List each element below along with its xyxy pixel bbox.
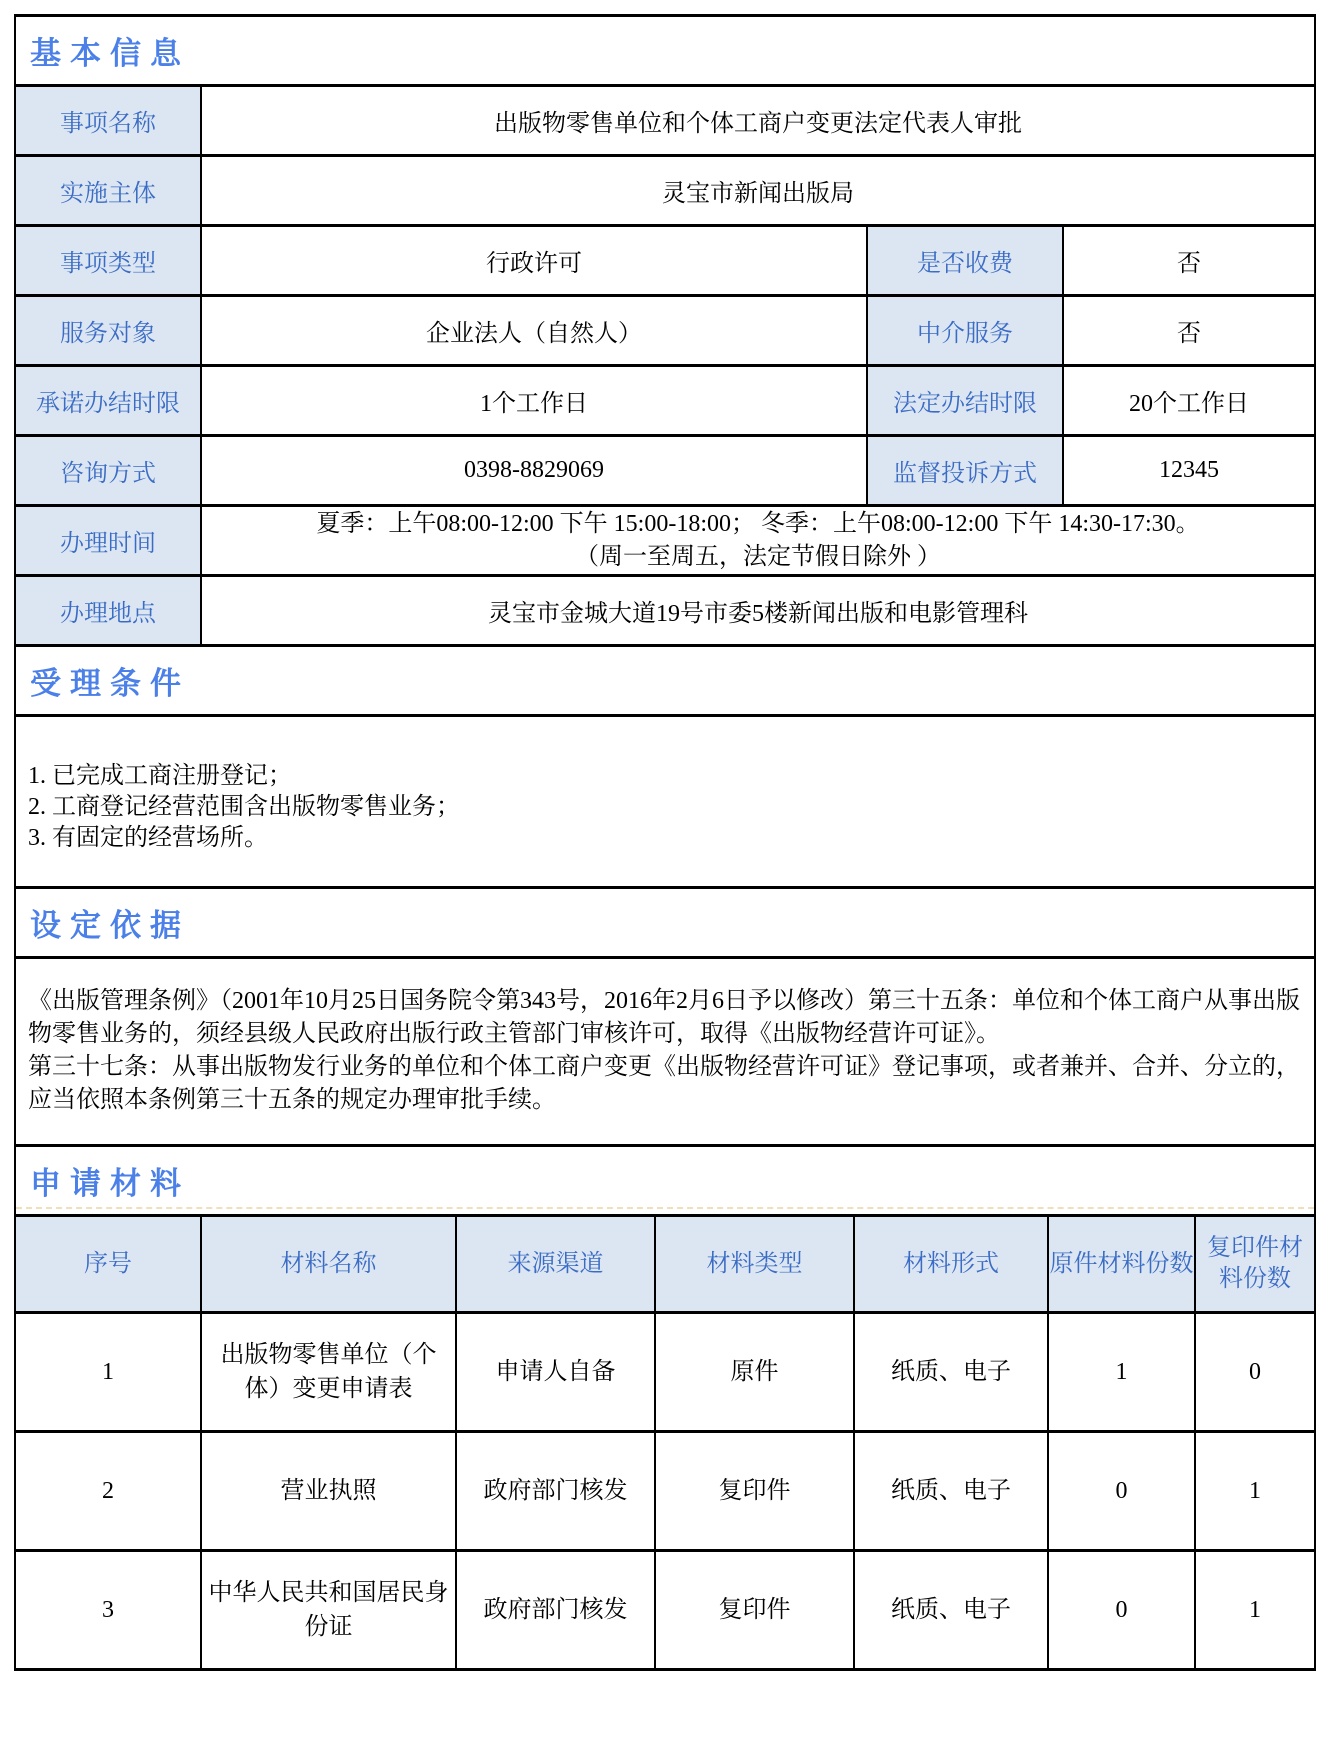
cell-material-type: 复印件 — [655, 1551, 854, 1670]
cell-material-form: 纸质、电子 — [854, 1313, 1048, 1432]
cell-original-copies: 0 — [1048, 1551, 1195, 1670]
column-header-photocopy-copies: 复印件材料份数 — [1195, 1216, 1315, 1313]
acceptance-conditions: 1. 已完成工商注册登记； 2. 工商登记经营范围含出版物零售业务； 3. 有固… — [15, 716, 1315, 888]
field-value-statutory-time: 20个工作日 — [1063, 366, 1315, 436]
basic-info-table: 基本信息 事项名称 出版物零售单位和个体工商户变更法定代表人审批 实施主体 灵宝… — [14, 14, 1316, 1217]
field-label-charge: 是否收费 — [867, 226, 1063, 296]
column-header-index: 序号 — [15, 1216, 201, 1313]
table-row: 咨询方式 0398-8829069 监督投诉方式 12345 — [15, 436, 1315, 506]
legal-basis-text: 《出版管理条例》（2001年10月25日国务院令第343号，2016年2月6日予… — [15, 958, 1315, 1146]
materials-title-text: 申请材料 — [30, 1166, 190, 1201]
cell-material-name: 中华人民共和国居民身份证 — [201, 1551, 456, 1670]
cell-original-copies: 0 — [1048, 1432, 1195, 1551]
materials-table: 序号 材料名称 来源渠道 材料类型 材料形式 原件材料份数 复印件材料份数 1 … — [14, 1214, 1316, 1671]
field-value-charge: 否 — [1063, 226, 1315, 296]
cell-material-name: 出版物零售单位（个体）变更申请表 — [201, 1313, 456, 1432]
cell-material-name: 营业执照 — [201, 1432, 456, 1551]
column-header-material-name: 材料名称 — [201, 1216, 456, 1313]
cell-index: 1 — [15, 1313, 201, 1432]
section-title-row: 受理条件 — [15, 646, 1315, 716]
cell-material-form: 纸质、电子 — [854, 1432, 1048, 1551]
column-header-material-type: 材料类型 — [655, 1216, 854, 1313]
field-value-item-type: 行政许可 — [201, 226, 867, 296]
condition-line: 2. 工商登记经营范围含出版物零售业务； — [28, 792, 1296, 823]
column-header-source: 来源渠道 — [456, 1216, 655, 1313]
field-label-statutory-time: 法定办结时限 — [867, 366, 1063, 436]
table-row: 1. 已完成工商注册登记； 2. 工商登记经营范围含出版物零售业务； 3. 有固… — [15, 716, 1315, 888]
field-value-promised-time: 1个工作日 — [201, 366, 867, 436]
cell-photocopy-copies: 1 — [1195, 1551, 1315, 1670]
cell-material-form: 纸质、电子 — [854, 1551, 1048, 1670]
table-row: 《出版管理条例》（2001年10月25日国务院令第343号，2016年2月6日予… — [15, 958, 1315, 1146]
legal-basis-title: 设定依据 — [15, 888, 1315, 958]
column-header-original-copies: 原件材料份数 — [1048, 1216, 1195, 1313]
field-value-office-hours: 夏季：上午08:00-12:00 下午 15:00-18:00； 冬季：上午08… — [201, 506, 1315, 576]
field-value-intermediary: 否 — [1063, 296, 1315, 366]
basis-paragraph: 《出版管理条例》（2001年10月25日国务院令第343号，2016年2月6日予… — [28, 985, 1300, 1051]
field-label-consult-phone: 咨询方式 — [15, 436, 201, 506]
table-row: 2 营业执照 政府部门核发 复印件 纸质、电子 0 1 — [15, 1432, 1315, 1551]
basis-paragraph: 第三十七条：从事出版物发行业务的单位和个体工商户变更《出版物经营许可证》登记事项… — [28, 1051, 1300, 1117]
field-label-office-location: 办理地点 — [15, 576, 201, 646]
field-label-intermediary: 中介服务 — [867, 296, 1063, 366]
field-label-audience: 服务对象 — [15, 296, 201, 366]
cell-source: 政府部门核发 — [456, 1551, 655, 1670]
cell-photocopy-copies: 0 — [1195, 1313, 1315, 1432]
field-label-implementer: 实施主体 — [15, 156, 201, 226]
table-row: 事项名称 出版物零售单位和个体工商户变更法定代表人审批 — [15, 86, 1315, 156]
table-row: 3 中华人民共和国居民身份证 政府部门核发 复印件 纸质、电子 0 1 — [15, 1551, 1315, 1670]
table-row: 1 出版物零售单位（个体）变更申请表 申请人自备 原件 纸质、电子 1 0 — [15, 1313, 1315, 1432]
section-title-row: 设定依据 — [15, 888, 1315, 958]
table-row: 实施主体 灵宝市新闻出版局 — [15, 156, 1315, 226]
cell-index: 2 — [15, 1432, 201, 1551]
cell-source: 申请人自备 — [456, 1313, 655, 1432]
field-label-promised-time: 承诺办结时限 — [15, 366, 201, 436]
field-value-office-location: 灵宝市金城大道19号市委5楼新闻出版和电影管理科 — [201, 576, 1315, 646]
table-row: 服务对象 企业法人（自然人） 中介服务 否 — [15, 296, 1315, 366]
acceptance-title: 受理条件 — [15, 646, 1315, 716]
field-value-audience: 企业法人（自然人） — [201, 296, 867, 366]
field-value-complaint-phone: 12345 — [1063, 436, 1315, 506]
table-row: 承诺办结时限 1个工作日 法定办结时限 20个工作日 — [15, 366, 1315, 436]
condition-line: 1. 已完成工商注册登记； — [28, 761, 1296, 792]
section-title-row: 基本信息 — [15, 16, 1315, 86]
field-label-item-type: 事项类型 — [15, 226, 201, 296]
table-row: 事项类型 行政许可 是否收费 否 — [15, 226, 1315, 296]
office-hours-line1: 夏季：上午08:00-12:00 下午 15:00-18:00； 冬季：上午08… — [202, 508, 1314, 541]
field-label-complaint-phone: 监督投诉方式 — [867, 436, 1063, 506]
field-label-office-hours: 办理时间 — [15, 506, 201, 576]
condition-line: 3. 有固定的经营场所。 — [28, 823, 1296, 854]
field-value-item-name: 出版物零售单位和个体工商户变更法定代表人审批 — [201, 86, 1315, 156]
materials-header-row: 序号 材料名称 来源渠道 材料类型 材料形式 原件材料份数 复印件材料份数 — [15, 1216, 1315, 1313]
field-label-item-name: 事项名称 — [15, 86, 201, 156]
cell-original-copies: 1 — [1048, 1313, 1195, 1432]
cell-photocopy-copies: 1 — [1195, 1432, 1315, 1551]
field-value-implementer: 灵宝市新闻出版局 — [201, 156, 1315, 226]
page-break-dashed-line — [16, 1207, 1314, 1209]
cell-material-type: 复印件 — [655, 1432, 854, 1551]
materials-title: 申请材料 — [15, 1146, 1315, 1216]
cell-source: 政府部门核发 — [456, 1432, 655, 1551]
office-hours-line2: （周一至周五，法定节假日除外 ） — [202, 541, 1314, 574]
cell-index: 3 — [15, 1551, 201, 1670]
service-info-sheet: 基本信息 事项名称 出版物零售单位和个体工商户变更法定代表人审批 实施主体 灵宝… — [14, 14, 1314, 1671]
cell-material-type: 原件 — [655, 1313, 854, 1432]
table-row: 办理时间 夏季：上午08:00-12:00 下午 15:00-18:00； 冬季… — [15, 506, 1315, 576]
field-value-consult-phone: 0398-8829069 — [201, 436, 867, 506]
table-row: 办理地点 灵宝市金城大道19号市委5楼新闻出版和电影管理科 — [15, 576, 1315, 646]
basic-info-title: 基本信息 — [15, 16, 1315, 86]
section-title-row: 申请材料 — [15, 1146, 1315, 1216]
column-header-material-form: 材料形式 — [854, 1216, 1048, 1313]
